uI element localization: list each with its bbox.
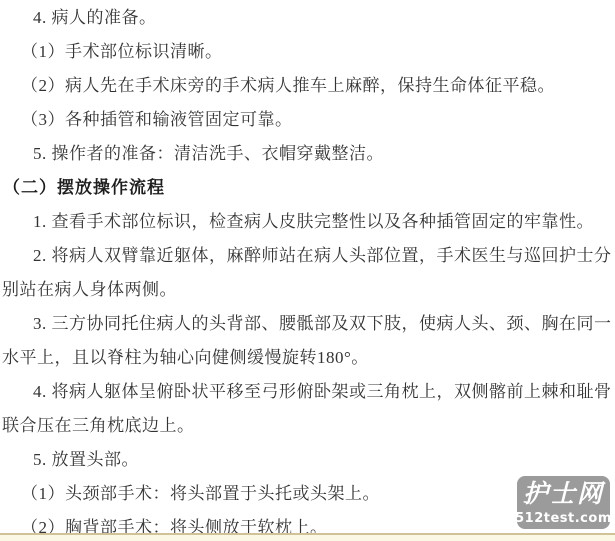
doc-line: 5. 放置头部。 <box>0 443 615 477</box>
watermark-site-url: 512test.com <box>517 510 610 529</box>
doc-line: 1. 查看手术部位标识，检查病人皮肤完整性以及各种插管固定的牢靠性。 <box>0 205 615 239</box>
doc-line: （2）病人先在手术床旁的手术病人推车上麻醉，保持生命体征平稳。 <box>0 69 615 103</box>
doc-line: 4. 将病人躯体呈俯卧状平移至弓形俯卧架或三角枕上，双侧髂前上棘和耻骨 <box>0 375 615 409</box>
section-heading: （二）摆放操作流程 <box>0 171 615 205</box>
doc-line: 4. 病人的准备。 <box>0 1 615 35</box>
watermark-site-name: 护士网 <box>523 477 604 510</box>
document-page: 4. 病人的准备。 （1）手术部位标识清晰。 （2）病人先在手术床旁的手术病人推… <box>0 0 615 541</box>
page-bottom-strip <box>0 533 615 541</box>
doc-line: 水平上，且以脊柱为轴心向健侧缓慢旋转180°。 <box>0 341 615 375</box>
doc-line: 5. 操作者的准备：清洁洗手、衣帽穿戴整洁。 <box>0 137 615 171</box>
doc-line: （1）手术部位标识清晰。 <box>0 35 615 69</box>
doc-line: 联合压在三角枕底边上。 <box>0 409 615 443</box>
doc-line: 3. 三方协同托住病人的头背部、腰骶部及双下肢，使病人头、颈、胸在同一 <box>0 307 615 341</box>
doc-line: （3）各种插管和输液管固定可靠。 <box>0 103 615 137</box>
doc-line: 别站在病人身体两侧。 <box>0 273 615 307</box>
watermark-badge: 护士网 512test.com <box>517 476 610 529</box>
document-text-block: 4. 病人的准备。 （1）手术部位标识清晰。 （2）病人先在手术床旁的手术病人推… <box>0 0 615 541</box>
doc-line: 2. 将病人双臂靠近躯体，麻醉师站在病人头部位置，手术医生与巡回护士分 <box>0 239 615 273</box>
